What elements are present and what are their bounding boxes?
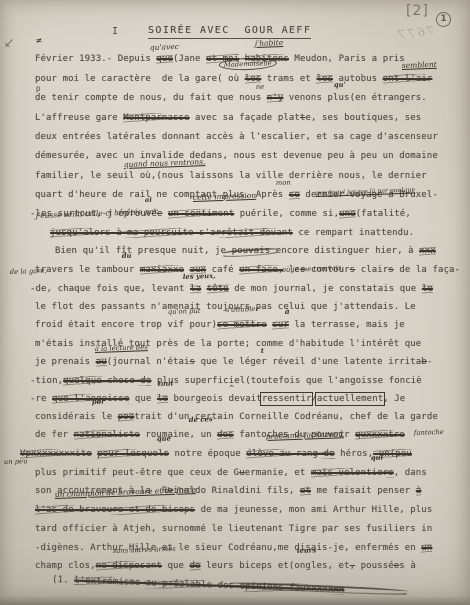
- handwritten-annotation: t: [261, 347, 264, 355]
- struck-text: la: [190, 284, 201, 294]
- typed-text: me faisait penser: [311, 486, 416, 496]
- typed-text: venons plus(en étrangers.: [283, 93, 426, 103]
- ghost-stamp: 7677: [395, 24, 435, 43]
- typescript-line: -de, chaque fois que, levant la tête de …: [30, 284, 433, 294]
- typescript-line: -tion,quelque chose de plus superficiel(…: [30, 376, 422, 386]
- typed-text: Meudon, Paris a pris: [289, 54, 405, 64]
- typed-text: -de, chaque fois que, levant: [30, 284, 190, 294]
- typed-text: de fer: [35, 430, 74, 440]
- typescript-line: L'affreuse gare Montparnasse avec sa faç…: [35, 113, 421, 123]
- struck-text: un: [421, 543, 432, 553]
- typed-text: familier, le seuil où,(nous laissons la …: [35, 171, 427, 181]
- handwritten-annotation: à la lecture des: [95, 343, 148, 353]
- typed-text: que le léger réveil d'une latente irrita: [195, 357, 421, 367]
- page-title: SOIRÉE AVEC GOUR AEFF: [148, 25, 311, 39]
- typed-text: considérais le: [35, 412, 118, 422]
- typed-text: L'affreuse gare: [35, 113, 123, 123]
- handwritten-annotation: semblent: [402, 60, 437, 70]
- typed-text: démesurée, avec un invalide dedans, nous…: [35, 151, 438, 161]
- typed-text: avec sa façade plat: [190, 113, 300, 123]
- typed-text: (journal n'étai: [107, 357, 190, 367]
- struck-text: xxx: [419, 246, 436, 256]
- struck-text: en face,: [239, 265, 283, 275]
- struck-text: poo: [118, 412, 135, 422]
- typescript-line: froid était encore trop vif pour)se mett…: [35, 320, 405, 330]
- handwritten-annotation: mon: [276, 178, 291, 187]
- typed-text: la terrasse, mais je: [289, 320, 405, 330]
- struck-text: quelque chose de: [63, 376, 151, 386]
- typed-text: e, ses boutiques, ses: [305, 113, 421, 123]
- struck-text: n'y: [267, 93, 284, 103]
- typescript-line: deux entrées latérales donnant accès à l…: [35, 132, 438, 142]
- handwritten-annotation: de la gare,: [10, 267, 47, 276]
- struck-text: les: [316, 74, 333, 84]
- struck-text: Vpxxxxxxxxite: [20, 449, 92, 459]
- handwritten-annotation: qu'on pût: [168, 307, 201, 316]
- struck-text: maxiaxxe: [140, 265, 184, 275]
- typed-text: deux entrées latérales donnant accès à l…: [35, 132, 438, 142]
- handwritten-annotation: quand nous rentrons,: [124, 157, 206, 169]
- typed-text: (Jane: [173, 54, 206, 64]
- typescript-line: familier, le seuil où,(nous laissons la …: [35, 171, 427, 181]
- struck-text: que: [156, 54, 173, 64]
- pencil-mark: ↙: [3, 36, 14, 51]
- typed-text: Février 1933.- Depuis: [35, 54, 156, 64]
- struck-text: à: [416, 486, 422, 496]
- handwritten-annotation: s'attabler: [226, 305, 259, 314]
- typed-text: -re: [30, 394, 52, 404]
- typescript-line: -re que l'angoisse que le bourgeois deva…: [30, 394, 405, 404]
- typed-text: champ clos,: [35, 561, 96, 571]
- handwritten-annotation: qu': [334, 81, 346, 89]
- typescript-line: champ clos,ne disposant que de leurs bic…: [35, 561, 416, 571]
- typed-text: pour moi le caractère de la gare( où: [35, 74, 245, 84]
- circled-number: 1: [436, 12, 451, 27]
- manuscript-page: I SOIRÉE AVEC GOUR AEFF [2] 1 7677 Févri…: [0, 0, 470, 605]
- boxed-text: actuellement: [317, 394, 383, 404]
- pencil-mark: ' ': [150, 0, 157, 9]
- struck-text: que l'angoisse: [52, 394, 129, 404]
- typed-text: leurs biceps et(ongles, et: [201, 561, 350, 571]
- typed-text: s à: [399, 561, 416, 571]
- typed-text: clair: [355, 265, 388, 275]
- typed-text: de la faça-: [394, 265, 460, 275]
- typescript-line: -digènes. Arthur Hille et le sieur Codré…: [35, 543, 432, 553]
- scan-edge-shadow: [0, 596, 470, 605]
- handwritten-annotation: ne: [256, 83, 265, 91]
- typed-text: ermanie, et: [245, 468, 311, 478]
- handwritten-annotation: à: [285, 307, 290, 316]
- struck-text: le: [422, 284, 433, 294]
- struck-text: et: [300, 486, 311, 496]
- typed-text: (fatalité,: [356, 209, 411, 219]
- typescript-line: pour moi le caractère de la gare( où les…: [35, 74, 432, 84]
- struck-text: sur: [272, 320, 289, 330]
- typescript-line: de tenir compte de nous, du fait que nou…: [35, 93, 427, 103]
- struck-text: se mettre: [217, 320, 267, 330]
- typescript-line: travers le tambour maxiaxxe aux café en …: [35, 265, 460, 275]
- typed-text: froid était encore trop vif pour): [35, 320, 217, 330]
- typed-text: plus superficiel(toutefois que l'angoiss…: [151, 376, 421, 386]
- typed-text: (1.: [52, 575, 74, 586]
- struck-text: l'as de bravoure et de biceps: [35, 505, 195, 515]
- typed-text: de mon journal, je constatais que: [229, 284, 422, 294]
- handwritten-annotation: du: [122, 252, 132, 260]
- struck-text: le: [157, 394, 168, 404]
- typescript-line: Vpxxxxxxxxite pour lesquels notre époque…: [20, 449, 412, 459]
- struck-text: quxxxxtre: [355, 430, 405, 440]
- handwritten-annotation: ^: [229, 384, 235, 392]
- struck-text: mais volontiers: [311, 468, 394, 478]
- struck-text: élève au rang de: [246, 449, 334, 459]
- typed-text: trams et: [261, 74, 316, 84]
- chapter-number: I: [112, 26, 119, 37]
- typescript-line: tard officier à Atjeh, surnommé le lieut…: [35, 524, 432, 534]
- typed-text: travers le tambour: [35, 265, 140, 275]
- typescript-line: de fer nationaliste roumaine, un des fan…: [35, 430, 405, 440]
- struck-text: des: [217, 430, 234, 440]
- typescript-line: considérais le pootrait d'un certain Cor…: [35, 412, 438, 422]
- typed-text: -: [427, 357, 433, 367]
- typed-text: [201, 284, 207, 294]
- typed-text: héros,: [335, 449, 374, 459]
- typed-text: bourgeois devait: [168, 394, 262, 404]
- typed-text: trait d'un certain Corneille Codréanu, c…: [134, 412, 438, 422]
- handwritten-annotation: un peu: [4, 457, 28, 466]
- struck-text: pour lesquels: [97, 449, 169, 459]
- handwritten-annotation: tout: [158, 379, 174, 388]
- typed-text: que: [129, 394, 157, 404]
- typed-text: ce rempart inattendu.: [293, 228, 414, 238]
- typed-text: que: [162, 561, 190, 571]
- boxed-text: ressentir: [262, 394, 312, 404]
- struck-text: ce: [289, 190, 300, 200]
- typescript-line: plus primitif peut-être que ceux de Guer…: [35, 468, 427, 478]
- struck-text: ont l'air: [383, 74, 433, 84]
- struck-text: un sentiment: [168, 209, 234, 219]
- typed-text: plus primitif peut-être que ceux de G: [35, 468, 239, 478]
- typed-text: -tion,: [30, 376, 63, 386]
- typescript-line: jusqu'alors à ma poursuite s'arrêtait de…: [50, 228, 414, 238]
- struck-text: jusqu'alors à ma poursuite s'arrêtait de…: [50, 228, 293, 238]
- typed-text: de ma jeunesse, mon ami Arthur Hille, pl…: [195, 505, 432, 515]
- struck-text: tête: [207, 284, 229, 294]
- handwritten-annotation: leurs: [297, 546, 317, 555]
- struck-text: de: [190, 561, 201, 571]
- typescript-line: démesurée, avec un invalide dedans, nous…: [35, 151, 438, 161]
- typed-text: -digènes. Arthur Hille et le sieur Codré…: [35, 543, 421, 553]
- struck-text: ne disposant: [96, 561, 162, 571]
- pencil-page-number: [2]: [406, 3, 429, 19]
- struck-text: une: [339, 209, 356, 219]
- typed-text: tard officier à Atjeh, surnommé le lieut…: [35, 524, 432, 534]
- handwritten-annotation: de ces: [189, 415, 213, 424]
- typed-text: , dans: [394, 468, 427, 478]
- typed-text: notre époque: [169, 449, 246, 459]
- typed-text: roumaine, un: [140, 430, 217, 440]
- struck-text: nationaliste: [74, 430, 140, 440]
- typed-text: je prenais: [35, 357, 96, 367]
- handwritten-annotation: fantoche: [414, 428, 444, 437]
- typed-text: , Je: [383, 394, 405, 404]
- handwritten-annotation: por: [92, 398, 105, 406]
- handwritten-annotation: ai: [145, 196, 152, 204]
- handwritten-annotation: ≠: [36, 36, 43, 45]
- typed-text: puérile, comme si,: [234, 209, 339, 219]
- typed-text: de tenir compte de nous, du fait que nou…: [35, 93, 267, 103]
- handwritten-annotation: qu'avec: [150, 42, 179, 52]
- typed-text: m'étais installé tout près de la porte; …: [35, 339, 421, 349]
- handwritten-annotation: les yeux,: [183, 272, 216, 281]
- handwritten-annotation: qui: [371, 454, 384, 462]
- typed-text: poussé: [355, 561, 394, 571]
- struck-text: Montparnasse: [123, 113, 189, 123]
- typescript-line: je prenais au(journal n'étais que le lég…: [35, 357, 432, 367]
- typescript-line: m'étais installé tout près de la porte; …: [35, 339, 421, 349]
- typed-correction: p: [36, 84, 41, 93]
- typescript-line: l'as de bravoure et de biceps de ma jeun…: [35, 505, 432, 515]
- handwritten-annotation: j'habite: [255, 38, 284, 48]
- handwritten-annotation: que: [157, 435, 171, 443]
- struck-text: au: [96, 357, 107, 367]
- handwritten-annotation: sans autres armes: [113, 545, 176, 555]
